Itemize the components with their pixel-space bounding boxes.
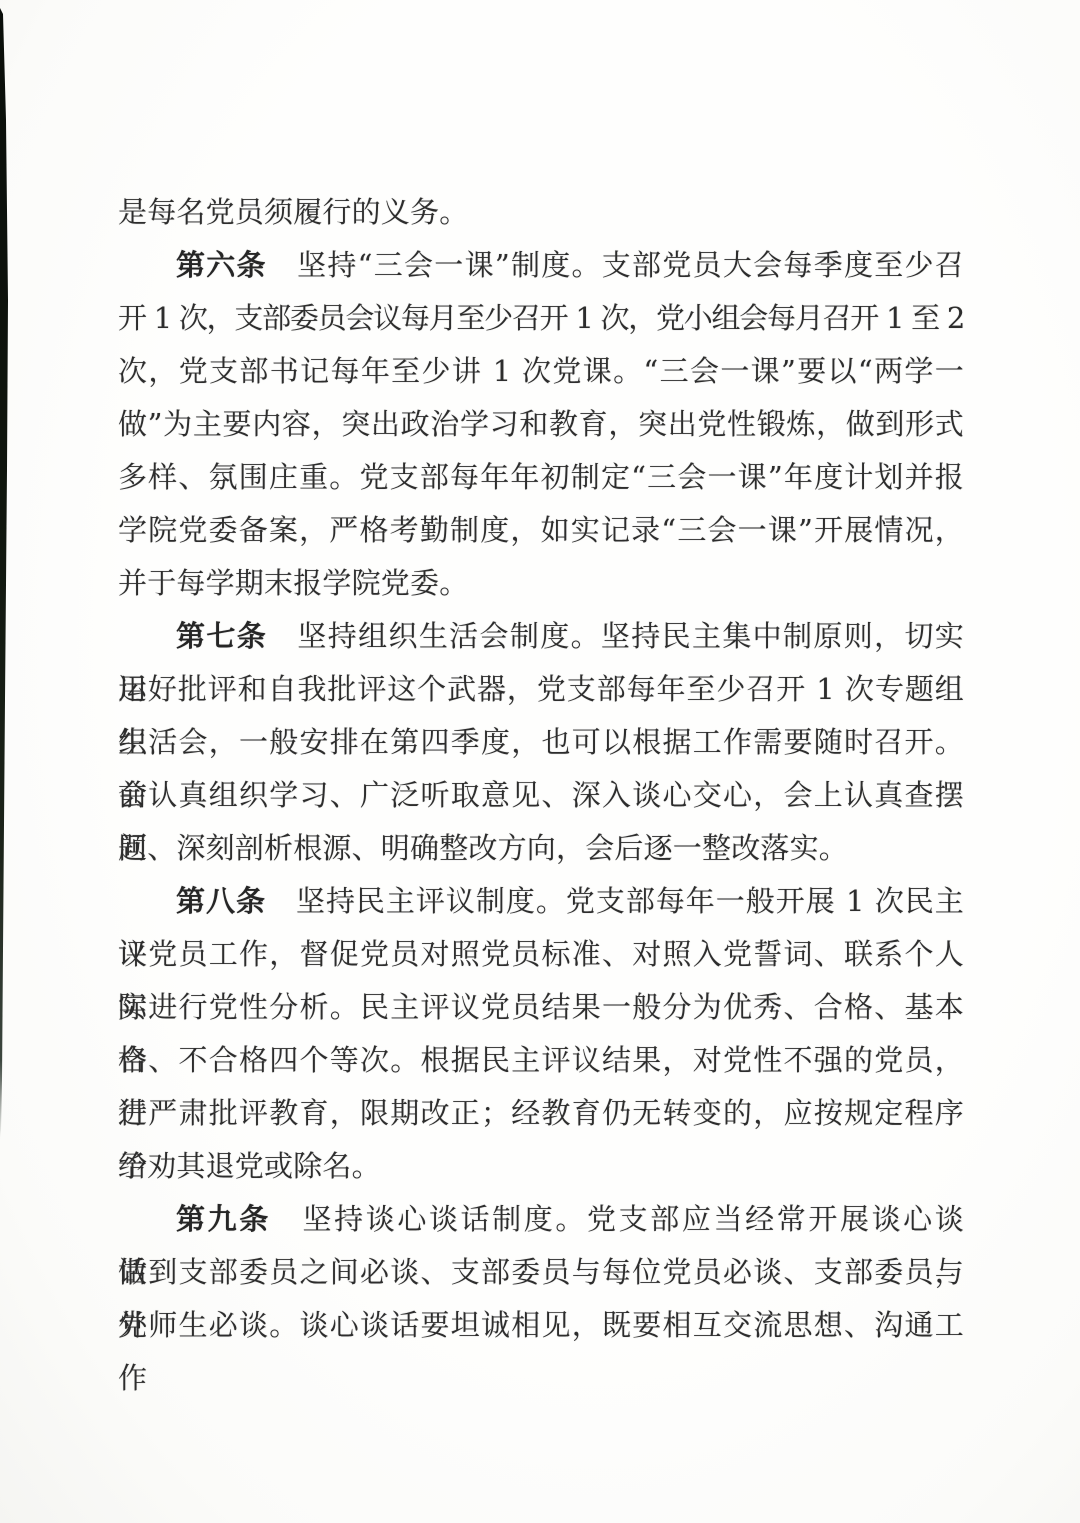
article-6-heading-line: 第六条 坚持“三会一课”制度。支部党员大会每季度至少召 <box>118 239 964 292</box>
article-8-number: 第八条 <box>176 884 266 918</box>
text-line: 生活会，一般安排在第四季度，也可以根据工作需要随时召开。会 <box>118 716 964 769</box>
text-line: 予劝其退党或除名。 <box>118 1140 964 1193</box>
text-line: 做到支部委员之间必谈、支部委员与每位党员必谈、支部委员与党 <box>118 1246 964 1299</box>
text-line: 学院党委备案，严格考勤制度，如实记录“三会一课”开展情况， <box>118 504 964 557</box>
text-line: 议党员工作，督促党员对照党员标准、对照入党誓词、联系个人实 <box>118 928 964 981</box>
article-8-heading-line: 第八条 坚持民主评议制度。党支部每年一般开展 1 次民主评 <box>118 875 964 928</box>
text-line: 开 1 次，支部委员会议每月至少召开 1 次，党小组会每月召开 1 至 2 <box>118 292 964 345</box>
text-line: 外师生必谈。谈心谈话要坦诚相见，既要相互交流思想、沟通工作 <box>118 1299 964 1352</box>
text-line: 次，党支部书记每年至少讲 1 次党课。“三会一课”要以“两学一 <box>118 345 964 398</box>
article-7-number: 第七条 <box>176 619 267 653</box>
article-9-heading-line: 第九条 坚持谈心谈话制度。党支部应当经常开展谈心谈话， <box>118 1193 964 1246</box>
article-9-number: 第九条 <box>176 1202 271 1236</box>
scanned-document-page: 是每名党员须履行的义务。 第六条 坚持“三会一课”制度。支部党员大会每季度至少召… <box>118 186 964 1352</box>
text-line: 行严肃批评教育，限期改正；经教育仍无转变的，应按规定程序给 <box>118 1087 964 1140</box>
text-line: 前认真组织学习、广泛听取意见、深入谈心交心，会上认真查摆问 <box>118 769 964 822</box>
text-line: 题、深刻剖析根源、明确整改方向，会后逐一整改落实。 <box>118 822 964 875</box>
text-line: 多样、氛围庄重。党支部每年年初制定“三会一课”年度计划并报 <box>118 451 964 504</box>
article-6-number: 第六条 <box>176 248 267 282</box>
text-line: 并于每学期末报学院党委。 <box>118 557 964 610</box>
text-line: 做”为主要内容，突出政治学习和教育，突出党性锻炼，做到形式 <box>118 398 964 451</box>
text-line: 际进行党性分析。民主评议党员结果一般分为优秀、合格、基本合 <box>118 981 964 1034</box>
text-line: 用好批评和自我批评这个武器，党支部每年至少召开 1 次专题组织 <box>118 663 964 716</box>
text-line: 是每名党员须履行的义务。 <box>118 186 964 239</box>
article-7-heading-line: 第七条 坚持组织生活会制度。坚持民主集中制原则，切实运 <box>118 610 964 663</box>
line-text: 坚持“三会一课”制度。支部党员大会每季度至少召 <box>267 248 964 282</box>
text-line: 格、不合格四个等次。根据民主评议结果，对党性不强的党员，进 <box>118 1034 964 1087</box>
